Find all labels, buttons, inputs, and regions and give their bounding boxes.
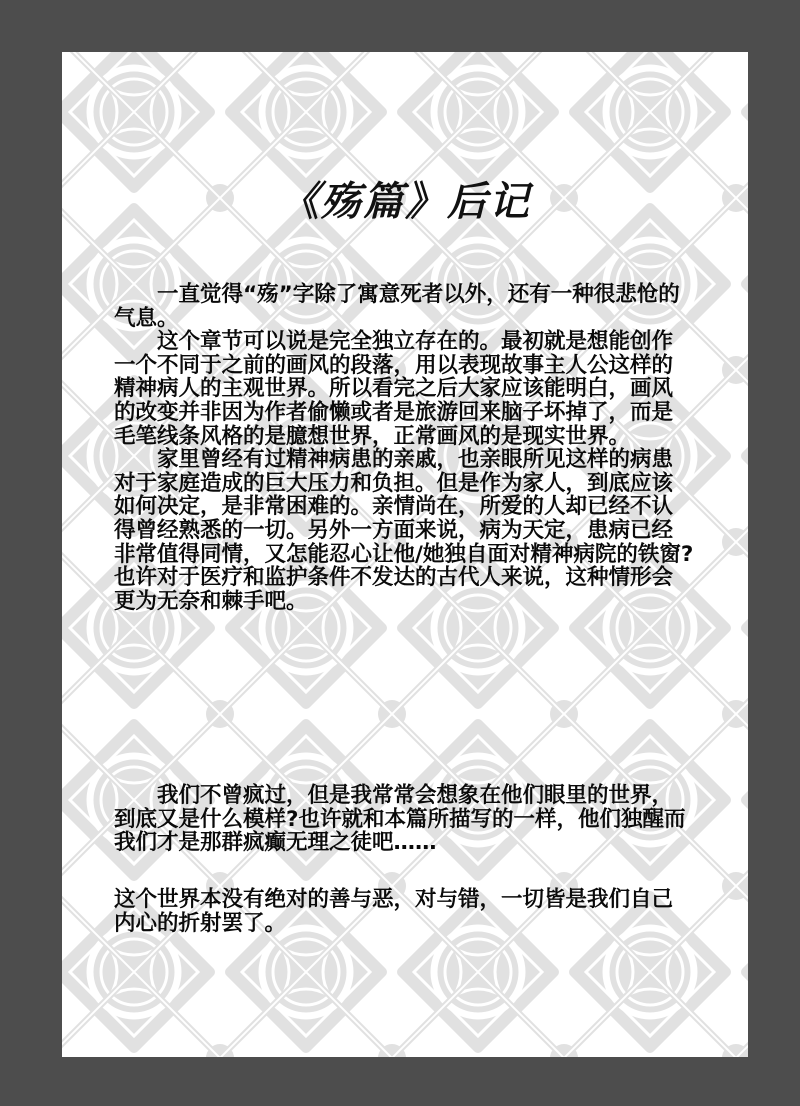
page-title: 《殇篇》后记 — [62, 170, 748, 227]
document-page: 《殇篇》后记 一直觉得“殇”字除了寓意死者以外，还有一种很悲怆的气息。 这个章节… — [62, 52, 748, 1057]
paragraph-3: 家里曾经有过精神病患的亲戚，也亲眼所见这样的病患对于家庭造成的巨大压力和负担。但… — [114, 448, 694, 613]
paragraph-5: 这个世界本没有绝对的善与恶，对与错，一切皆是我们自己内心的折射罢了。 — [114, 888, 694, 935]
closing-statement: 这个世界本没有绝对的善与恶，对与错，一切皆是我们自己内心的折射罢了。 — [114, 888, 694, 935]
paragraph-1: 一直觉得“殇”字除了寓意死者以外，还有一种很悲怆的气息。 — [114, 283, 694, 330]
paragraph-2: 这个章节可以说是完全独立存在的。最初就是想能创作一个不同于之前的画风的段落，用以… — [114, 330, 694, 448]
paragraph-4: 我们不曾疯过，但是我常常会想象在他们眼里的世界，到底又是什么模样?也许就和本篇所… — [114, 784, 694, 855]
afterword-body: 一直觉得“殇”字除了寓意死者以外，还有一种很悲怆的气息。 这个章节可以说是完全独… — [114, 283, 694, 613]
closing-body: 我们不曾疯过，但是我常常会想象在他们眼里的世界，到底又是什么模样?也许就和本篇所… — [114, 784, 694, 855]
